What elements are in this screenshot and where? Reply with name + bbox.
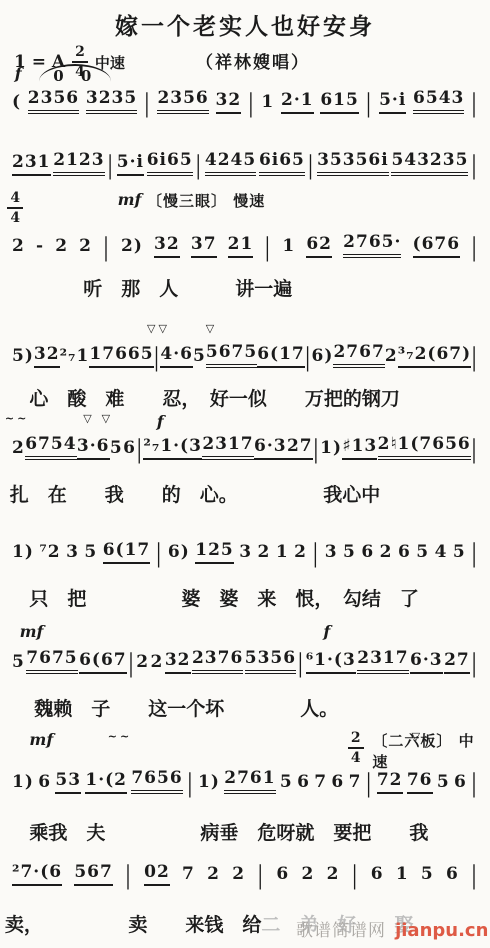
- note-group: 6: [454, 772, 467, 794]
- note-group: 7675: [26, 648, 77, 674]
- note-group: 3: [239, 542, 252, 564]
- note-group: 6: [446, 864, 459, 886]
- note-group: 5675: [206, 342, 257, 368]
- note-group: 2: [258, 542, 271, 564]
- note-group: 6: [398, 542, 411, 564]
- note-group: 5): [12, 346, 34, 368]
- dynamic-mark: mf: [29, 730, 53, 749]
- note-group: 2767: [333, 342, 384, 368]
- note-group: 27: [444, 650, 470, 674]
- watermark: 歌谱简谱网 jianpu.cn: [296, 916, 488, 941]
- notation-line: 2-22|2)323721|1622765·(676|: [0, 232, 490, 258]
- note-group: 2: [327, 864, 340, 886]
- barline: |: [298, 649, 305, 679]
- note-group: 6754: [25, 434, 76, 460]
- note-group: 6i65: [259, 150, 305, 176]
- note-group: 6(17: [257, 344, 305, 368]
- barline: |: [471, 769, 478, 799]
- ornament-mark: ▽ ▽: [83, 412, 113, 425]
- note-group: 2317: [202, 434, 253, 460]
- note-group: 1): [198, 772, 220, 794]
- notation-line: 267543·656|²₇1·(323176·327|1)♯132♮1(7656…: [0, 434, 490, 460]
- music-system: 44mf〔慢三眼〕 慢速2-22|2)323721|1622765·(676|听…: [0, 190, 490, 282]
- notation-line: 1)⁷2356(17|6)1253212|35626545|: [0, 540, 490, 564]
- barline: |: [366, 769, 373, 799]
- watermark-site-url: jianpu.cn: [395, 920, 488, 941]
- note-group: 2376: [192, 648, 243, 674]
- note-group: 5: [453, 542, 466, 564]
- music-system: ~~▽ ▽f267543·656|²₇1·(323176·327|1)♯132♮…: [0, 412, 490, 504]
- note-group: 2356: [28, 88, 79, 114]
- note-group: 7: [349, 772, 362, 794]
- barline: |: [128, 649, 135, 679]
- note-group: 72: [377, 770, 403, 794]
- note-group: 6·3: [410, 650, 443, 674]
- note-group: 76: [407, 770, 433, 794]
- lyric-segment: 乘我 夫 病垂 危呀就 要把 我: [29, 822, 428, 844]
- note-group: 4·6: [160, 344, 193, 368]
- note-group: 2123: [53, 150, 104, 176]
- note-group: 665: [115, 344, 154, 368]
- note-group: 2: [55, 236, 68, 258]
- note-group: ♯13: [342, 436, 377, 460]
- note-group: 2: [136, 652, 149, 674]
- notation-line: ²7·(6567|02722|622|6156|: [0, 862, 490, 886]
- note-group: ²₇1·(3: [143, 436, 202, 460]
- note-group: ³₇2(67): [398, 344, 471, 368]
- note-group: 7656: [131, 768, 182, 794]
- time-signature: 24: [348, 730, 364, 766]
- note-group: (: [12, 92, 21, 114]
- note-group: 1: [396, 864, 409, 886]
- note-group: 5: [437, 772, 450, 794]
- sheet-music-page: 嫁一个老实人也好安身 1 = A 2 4 中速 （祥林嫂唱） f0 0(2356…: [0, 0, 490, 948]
- note-group: 2♮1(7656: [378, 434, 471, 460]
- note-group: 7: [314, 772, 327, 794]
- note-group: 2·1: [281, 90, 314, 114]
- note-group: 6): [168, 542, 190, 564]
- ornament-mark: ▽: [206, 322, 217, 335]
- note-group: 125: [195, 540, 234, 564]
- note-group: 6: [361, 542, 374, 564]
- barline: |: [312, 539, 319, 569]
- note-group: 6): [312, 346, 334, 368]
- meter-numerator: 4: [7, 190, 23, 209]
- notation-area: f0 0(23563235|235632|12·1615|5·i6543|231…: [0, 0, 490, 948]
- time-signature: 44: [7, 190, 23, 226]
- barline: |: [144, 89, 151, 119]
- lyric-line: 乘我 夫 病垂 危呀就 要把 我: [0, 818, 490, 845]
- note-group: 567: [74, 862, 113, 886]
- note-group: 5: [12, 652, 25, 674]
- note-group: ²7·(6: [12, 862, 62, 886]
- note-group: (676: [413, 234, 461, 258]
- watermark-site-name: 歌谱简谱网: [296, 921, 386, 941]
- barline: |: [366, 89, 373, 119]
- barline: |: [313, 435, 320, 465]
- dynamic-mark: f: [157, 412, 164, 431]
- note-group: 1): [12, 542, 34, 564]
- barline: |: [471, 861, 478, 891]
- note-group: 2: [151, 652, 164, 674]
- note-group: 1): [12, 772, 34, 794]
- note-group: 5: [110, 438, 123, 460]
- music-system: ▽▽▽5)32²₇117665|4·6556756(17|6)27672³₇2(…: [0, 322, 490, 414]
- barline: |: [471, 343, 478, 373]
- note-group: 2: [207, 864, 220, 886]
- note-group: ⁷2: [39, 542, 60, 564]
- note-group: 32: [216, 90, 242, 114]
- ornament-mark: ~~: [108, 730, 132, 743]
- note-group: 3235: [86, 88, 137, 114]
- note-group: 543235: [391, 150, 468, 176]
- note-group: 2: [232, 864, 245, 886]
- lyric-line: 心 酸 难 忍， 好一似 万把的钢刀: [0, 384, 490, 411]
- tempo-mark: 〔慢三眼〕 慢速: [147, 190, 265, 211]
- barline: |: [125, 861, 132, 891]
- note-group: 1: [282, 236, 295, 258]
- lyric-line: 扎 在 我 的 心。 我心中: [0, 480, 490, 507]
- note-group: 5: [343, 542, 356, 564]
- lyric-line: 只 把 婆 婆 来 恨， 勾结 了: [0, 584, 490, 611]
- note-group: 3: [66, 542, 79, 564]
- music-system: mf~~24〔二六板〕 中速▽1)6531·(27656|1)276156767…: [0, 730, 490, 822]
- note-group: 2: [12, 438, 25, 460]
- note-group: 27: [287, 436, 313, 460]
- barline: |: [156, 539, 163, 569]
- tempo-mark: 〔二六板〕 中速: [372, 730, 490, 772]
- notation-line: 1)6531·(27656|1)276156767|727656|: [0, 768, 490, 794]
- ornament-mark: ▽: [412, 730, 423, 743]
- note-group: 32: [154, 234, 180, 258]
- note-group: 5: [193, 346, 206, 368]
- note-group: ⁶1·(3: [306, 650, 356, 674]
- note-group: 231: [12, 152, 51, 176]
- note-group: 21: [228, 234, 254, 258]
- note-group: 1: [276, 542, 289, 564]
- note-group: 2: [79, 236, 92, 258]
- notation-line: (23563235|235632|12·1615|5·i6543|: [0, 88, 490, 114]
- note-group: 1: [261, 92, 274, 114]
- note-group: 32: [34, 344, 60, 368]
- note-group: 5·i: [117, 152, 144, 176]
- music-system: mff576756(67|223223765356|⁶1·(323176·327…: [0, 622, 490, 714]
- note-group: 6: [38, 772, 51, 794]
- note-group: 4: [435, 542, 448, 564]
- note-group: 2: [385, 346, 398, 368]
- note-group: 6: [371, 864, 384, 886]
- barline: |: [471, 649, 478, 679]
- lyric-segment: 听 那 人 讲一遍: [83, 278, 292, 300]
- note-group: 5: [416, 542, 429, 564]
- barline: |: [264, 233, 271, 263]
- dynamic-mark: f: [323, 622, 330, 641]
- note-group: 32: [165, 650, 191, 674]
- note-group: 6i65: [147, 150, 193, 176]
- note-group: 02: [144, 862, 170, 886]
- note-group: 6(67: [79, 650, 127, 674]
- barline: |: [195, 151, 202, 181]
- note-group: 2): [121, 236, 143, 258]
- barline: |: [257, 861, 264, 891]
- barline: |: [308, 151, 315, 181]
- barline: |: [136, 435, 143, 465]
- note-group: 3: [325, 542, 338, 564]
- note-group: 4245: [205, 150, 256, 176]
- note-group: 53: [55, 770, 81, 794]
- notation-line: 2312123|5·i6i65|42456i65|35356i543235|: [0, 150, 490, 176]
- notation-line: 576756(67|223223765356|⁶1·(323176·327|: [0, 648, 490, 674]
- lyric-segment: 只 把 婆 婆 来 恨， 勾结 了: [29, 588, 419, 610]
- note-group: 6: [297, 772, 310, 794]
- barline: |: [103, 233, 110, 263]
- note-group: 35356i: [317, 150, 389, 176]
- barline: |: [248, 89, 255, 119]
- note-group: 5356: [245, 648, 296, 674]
- lyric-line: 听 那 人 讲一遍: [0, 274, 490, 301]
- dynamic-mark: f: [15, 64, 22, 83]
- note-group: 5: [421, 864, 434, 886]
- barline: |: [471, 233, 478, 263]
- music-system: 1)⁷2356(17|6)1253212|35626545|只 把 婆 婆 来 …: [0, 540, 490, 632]
- note-group: 5: [84, 542, 97, 564]
- note-group: 2761: [224, 768, 275, 794]
- barline: |: [154, 343, 161, 373]
- note-group: 6·3: [254, 436, 287, 460]
- note-group: 1): [320, 438, 342, 460]
- music-system: f0 0(23563235|235632|12·1615|5·i6543|: [0, 64, 490, 156]
- note-group: 62: [306, 234, 332, 258]
- note-group: 6: [123, 438, 136, 460]
- note-group: 5: [280, 772, 293, 794]
- lyric-segment: 扎 在 我 的 心。 我心中: [10, 484, 381, 506]
- lyric-line: 魏赖 子 这一个坏 人。: [0, 694, 490, 721]
- ornament-mark: ▽▽: [147, 322, 170, 335]
- meter-denominator: 4: [10, 209, 20, 226]
- lyric-segment: 魏赖 子 这一个坏 人。: [34, 698, 338, 720]
- ornament-mark: ~~: [5, 412, 29, 425]
- barline: |: [352, 861, 359, 891]
- barline: |: [471, 89, 478, 119]
- note-group: 2: [294, 542, 307, 564]
- lyric-segment: 心 酸 难 忍， 好一似 万把的钢刀: [29, 388, 400, 410]
- note-group: 1·(2: [85, 770, 127, 794]
- dynamic-mark: mf: [20, 622, 44, 641]
- meter-denominator: 4: [351, 749, 361, 766]
- note-group: 615: [320, 90, 359, 114]
- barline: |: [187, 769, 194, 799]
- note-group: 5·i: [379, 90, 406, 114]
- note-group: 6: [331, 772, 344, 794]
- barline: |: [305, 343, 312, 373]
- note-group: 6: [276, 864, 289, 886]
- note-group: 2356: [157, 88, 208, 114]
- note-group: 2: [12, 236, 25, 258]
- note-group: 2: [301, 864, 314, 886]
- note-group: 3·6: [77, 436, 110, 460]
- note-group: 37: [191, 234, 217, 258]
- note-group: 2317: [357, 648, 408, 674]
- barline: |: [471, 435, 478, 465]
- note-group: 6543: [413, 88, 464, 114]
- note-group: ²₇1: [60, 346, 90, 368]
- lyric-segment: 卖， 卖 来钱 给: [5, 914, 262, 936]
- barline: |: [471, 539, 478, 569]
- barline: |: [471, 151, 478, 181]
- note-group: 2: [380, 542, 393, 564]
- note-group: 7: [182, 864, 195, 886]
- barline: |: [107, 151, 114, 181]
- pickup-rest-group: 0 0: [39, 64, 111, 85]
- meter-numerator: 2: [348, 730, 364, 749]
- note-group: 17: [89, 344, 115, 368]
- dynamic-mark: mf: [118, 190, 142, 209]
- note-group: 2765·: [343, 232, 401, 258]
- note-group: 6(17: [103, 540, 151, 564]
- note-group: -: [36, 236, 44, 258]
- notation-line: 5)32²₇117665|4·6556756(17|6)27672³₇2(67)…: [0, 342, 490, 368]
